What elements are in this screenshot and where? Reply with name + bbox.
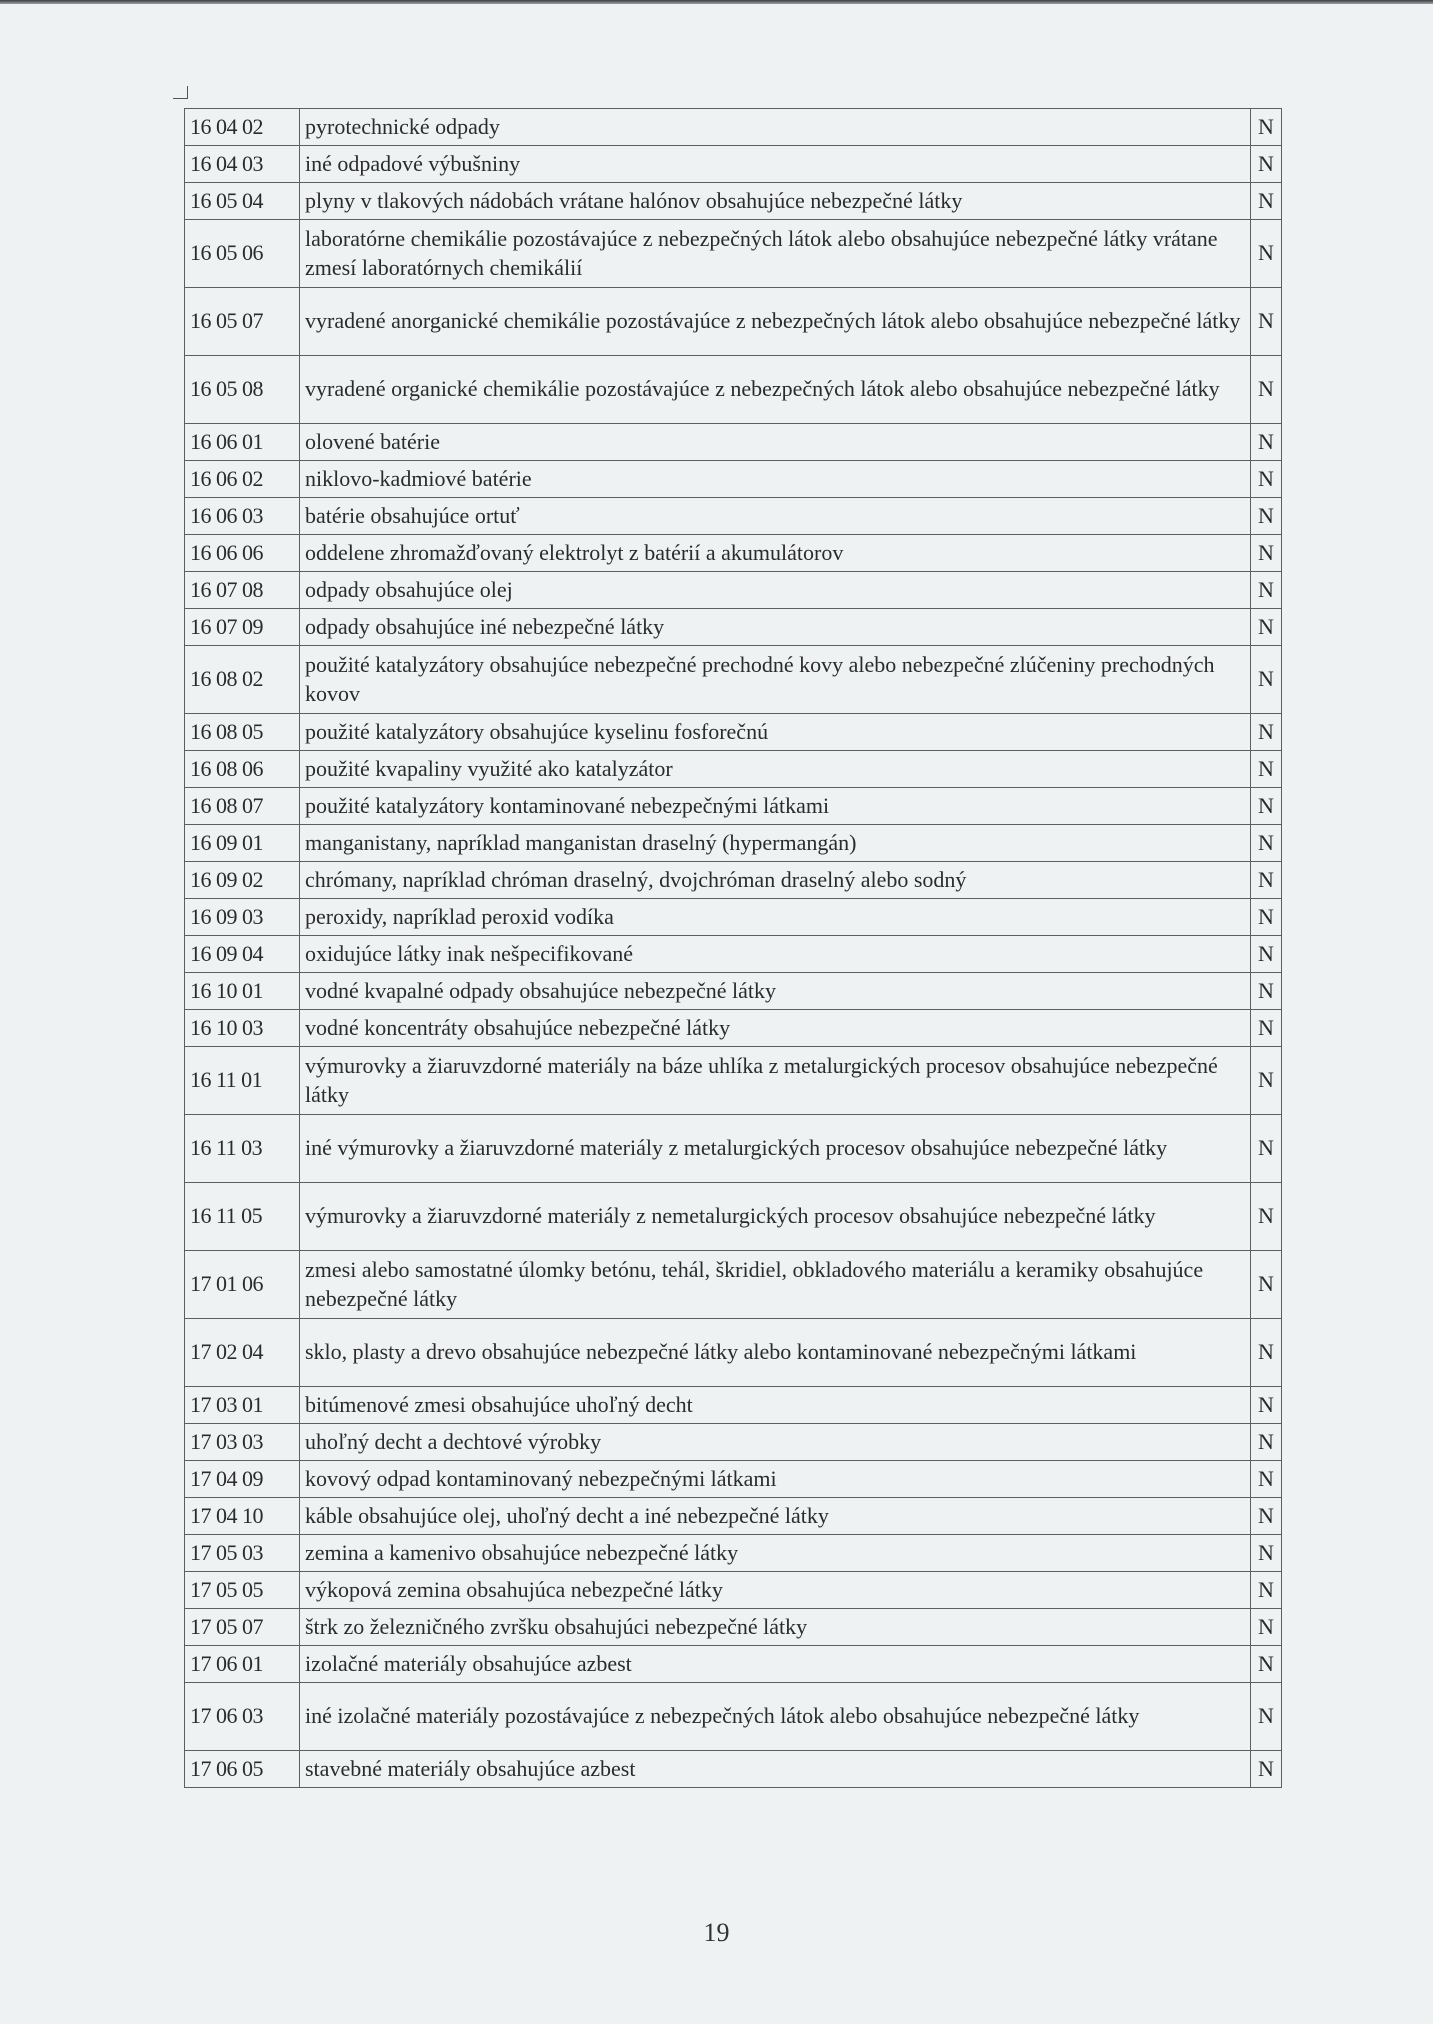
waste-code-cell: 17 03 03	[185, 1424, 300, 1461]
waste-code-cell: 16 08 02	[185, 646, 300, 714]
table-row: 16 08 02použité katalyzátory obsahujúce …	[185, 646, 1282, 714]
waste-code-cell: 16 06 03	[185, 498, 300, 535]
waste-description-cell: zmesi alebo samostatné úlomky betónu, te…	[300, 1251, 1251, 1319]
waste-category-cell: N	[1251, 936, 1282, 973]
waste-code-cell: 16 08 06	[185, 751, 300, 788]
table-row: 16 08 06použité kvapaliny využité ako ka…	[185, 751, 1282, 788]
waste-category-cell: N	[1251, 609, 1282, 646]
waste-code-cell: 16 09 04	[185, 936, 300, 973]
waste-code-cell: 16 10 01	[185, 973, 300, 1010]
table-body: 16 04 02pyrotechnické odpadyN16 04 03iné…	[185, 109, 1282, 1788]
waste-description-cell: použité kvapaliny využité ako katalyzáto…	[300, 751, 1251, 788]
table-row: 16 04 03iné odpadové výbušninyN	[185, 146, 1282, 183]
waste-description-cell: výmurovky a žiaruvzdorné materiály na bá…	[300, 1047, 1251, 1115]
waste-category-cell: N	[1251, 1461, 1282, 1498]
table-row: 17 06 03iné izolačné materiály pozostáva…	[185, 1683, 1282, 1751]
waste-category-cell: N	[1251, 1251, 1282, 1319]
waste-category-cell: N	[1251, 1646, 1282, 1683]
table-row: 17 05 03zemina a kamenivo obsahujúce neb…	[185, 1535, 1282, 1572]
waste-category-cell: N	[1251, 498, 1282, 535]
table-row: 17 01 06zmesi alebo samostatné úlomky be…	[185, 1251, 1282, 1319]
waste-description-cell: uhoľný decht a dechtové výrobky	[300, 1424, 1251, 1461]
waste-category-cell: N	[1251, 572, 1282, 609]
waste-code-cell: 17 02 04	[185, 1319, 300, 1387]
waste-description-cell: izolačné materiály obsahujúce azbest	[300, 1646, 1251, 1683]
table-row: 16 06 01olovené batérieN	[185, 424, 1282, 461]
table-row: 17 03 01bitúmenové zmesi obsahujúce uhoľ…	[185, 1387, 1282, 1424]
waste-category-cell: N	[1251, 183, 1282, 220]
waste-description-cell: stavebné materiály obsahujúce azbest	[300, 1751, 1251, 1788]
table-row: 16 10 01vodné kvapalné odpady obsahujúce…	[185, 973, 1282, 1010]
table-row: 16 11 01výmurovky a žiaruvzdorné materiá…	[185, 1047, 1282, 1115]
table-row: 17 06 01izolačné materiály obsahujúce az…	[185, 1646, 1282, 1683]
waste-category-cell: N	[1251, 1498, 1282, 1535]
waste-description-cell: chrómany, napríklad chróman draselný, dv…	[300, 862, 1251, 899]
waste-category-cell: N	[1251, 356, 1282, 424]
waste-code-cell: 16 05 08	[185, 356, 300, 424]
waste-category-cell: N	[1251, 535, 1282, 572]
waste-code-cell: 16 05 04	[185, 183, 300, 220]
table-row: 17 04 09kovový odpad kontaminovaný nebez…	[185, 1461, 1282, 1498]
waste-category-cell: N	[1251, 1319, 1282, 1387]
waste-description-cell: oxidujúce látky inak nešpecifikované	[300, 936, 1251, 973]
waste-code-cell: 16 04 03	[185, 146, 300, 183]
waste-description-cell: vodné kvapalné odpady obsahujúce nebezpe…	[300, 973, 1251, 1010]
waste-catalogue-table: 16 04 02pyrotechnické odpadyN16 04 03iné…	[184, 108, 1282, 1788]
waste-code-cell: 16 06 06	[185, 535, 300, 572]
waste-description-cell: olovené batérie	[300, 424, 1251, 461]
scan-edge	[0, 0, 1433, 4]
waste-description-cell: káble obsahujúce olej, uhoľný decht a in…	[300, 1498, 1251, 1535]
table-row: 16 09 04oxidujúce látky inak nešpecifiko…	[185, 936, 1282, 973]
waste-code-cell: 17 06 01	[185, 1646, 300, 1683]
waste-description-cell: vyradené organické chemikálie pozostávaj…	[300, 356, 1251, 424]
waste-category-cell: N	[1251, 1535, 1282, 1572]
waste-category-cell: N	[1251, 1387, 1282, 1424]
table-row: 16 05 08vyradené organické chemikálie po…	[185, 356, 1282, 424]
waste-description-cell: iné odpadové výbušniny	[300, 146, 1251, 183]
table-row: 17 06 05stavebné materiály obsahujúce az…	[185, 1751, 1282, 1788]
waste-category-cell: N	[1251, 973, 1282, 1010]
waste-description-cell: odpady obsahujúce olej	[300, 572, 1251, 609]
waste-code-cell: 17 06 03	[185, 1683, 300, 1751]
waste-code-cell: 16 07 08	[185, 572, 300, 609]
waste-category-cell: N	[1251, 1047, 1282, 1115]
table-row: 16 08 07použité katalyzátory kontaminova…	[185, 788, 1282, 825]
waste-code-cell: 16 11 01	[185, 1047, 300, 1115]
waste-category-cell: N	[1251, 1683, 1282, 1751]
waste-description-cell: výmurovky a žiaruvzdorné materiály z nem…	[300, 1183, 1251, 1251]
waste-description-cell: použité katalyzátory kontaminované nebez…	[300, 788, 1251, 825]
table-row: 17 04 10káble obsahujúce olej, uhoľný de…	[185, 1498, 1282, 1535]
waste-code-cell: 16 05 07	[185, 288, 300, 356]
waste-code-cell: 16 11 03	[185, 1115, 300, 1183]
waste-description-cell: použité katalyzátory obsahujúce kyselinu…	[300, 714, 1251, 751]
waste-code-cell: 16 06 02	[185, 461, 300, 498]
table-row: 16 11 03iné výmurovky a žiaruvzdorné mat…	[185, 1115, 1282, 1183]
waste-category-cell: N	[1251, 1115, 1282, 1183]
waste-category-cell: N	[1251, 862, 1282, 899]
waste-code-cell: 17 05 07	[185, 1609, 300, 1646]
waste-description-cell: iné výmurovky a žiaruvzdorné materiály z…	[300, 1115, 1251, 1183]
table-row: 16 09 03peroxidy, napríklad peroxid vodí…	[185, 899, 1282, 936]
waste-description-cell: oddelene zhromažďovaný elektrolyt z baté…	[300, 535, 1251, 572]
waste-code-cell: 16 05 06	[185, 220, 300, 288]
waste-category-cell: N	[1251, 109, 1282, 146]
waste-category-cell: N	[1251, 146, 1282, 183]
waste-description-cell: výkopová zemina obsahujúca nebezpečné lá…	[300, 1572, 1251, 1609]
table-row: 17 05 07štrk zo železničného zvršku obsa…	[185, 1609, 1282, 1646]
waste-category-cell: N	[1251, 1424, 1282, 1461]
table-row: 17 02 04sklo, plasty a drevo obsahujúce …	[185, 1319, 1282, 1387]
waste-code-cell: 17 04 10	[185, 1498, 300, 1535]
waste-description-cell: niklovo-kadmiové batérie	[300, 461, 1251, 498]
waste-code-cell: 16 09 03	[185, 899, 300, 936]
waste-category-cell: N	[1251, 288, 1282, 356]
waste-category-cell: N	[1251, 1183, 1282, 1251]
waste-description-cell: odpady obsahujúce iné nebezpečné látky	[300, 609, 1251, 646]
table-row: 16 08 05použité katalyzátory obsahujúce …	[185, 714, 1282, 751]
table-row: 17 05 05výkopová zemina obsahujúca nebez…	[185, 1572, 1282, 1609]
waste-description-cell: iné izolačné materiály pozostávajúce z n…	[300, 1683, 1251, 1751]
waste-description-cell: sklo, plasty a drevo obsahujúce nebezpeč…	[300, 1319, 1251, 1387]
waste-category-cell: N	[1251, 1572, 1282, 1609]
waste-category-cell: N	[1251, 825, 1282, 862]
waste-code-cell: 16 04 02	[185, 109, 300, 146]
table-row: 16 09 02chrómany, napríklad chróman dras…	[185, 862, 1282, 899]
waste-code-cell: 16 06 01	[185, 424, 300, 461]
waste-category-cell: N	[1251, 751, 1282, 788]
waste-description-cell: bitúmenové zmesi obsahujúce uhoľný decht	[300, 1387, 1251, 1424]
waste-description-cell: vodné koncentráty obsahujúce nebezpečné …	[300, 1010, 1251, 1047]
waste-code-cell: 17 03 01	[185, 1387, 300, 1424]
waste-category-cell: N	[1251, 714, 1282, 751]
waste-code-cell: 16 08 05	[185, 714, 300, 751]
table-row: 16 09 01manganistany, napríklad manganis…	[185, 825, 1282, 862]
waste-code-cell: 16 07 09	[185, 609, 300, 646]
waste-description-cell: použité katalyzátory obsahujúce nebezpeč…	[300, 646, 1251, 714]
table-row: 16 11 05výmurovky a žiaruvzdorné materiá…	[185, 1183, 1282, 1251]
corner-crop-mark	[173, 86, 188, 99]
page-number: 19	[0, 1918, 1433, 1948]
waste-code-cell: 17 04 09	[185, 1461, 300, 1498]
waste-description-cell: manganistany, napríklad manganistan dras…	[300, 825, 1251, 862]
waste-category-cell: N	[1251, 461, 1282, 498]
waste-category-cell: N	[1251, 646, 1282, 714]
waste-category-cell: N	[1251, 220, 1282, 288]
waste-code-cell: 16 08 07	[185, 788, 300, 825]
table-row: 16 06 03batérie obsahujúce ortuťN	[185, 498, 1282, 535]
waste-code-cell: 17 05 05	[185, 1572, 300, 1609]
waste-code-cell: 16 09 01	[185, 825, 300, 862]
waste-description-cell: laboratórne chemikálie pozostávajúce z n…	[300, 220, 1251, 288]
waste-category-cell: N	[1251, 1609, 1282, 1646]
table-row: 16 06 06oddelene zhromažďovaný elektroly…	[185, 535, 1282, 572]
table-row: 16 04 02pyrotechnické odpadyN	[185, 109, 1282, 146]
waste-category-cell: N	[1251, 788, 1282, 825]
table-row: 17 03 03uhoľný decht a dechtové výrobkyN	[185, 1424, 1282, 1461]
table-row: 16 05 06laboratórne chemikálie pozostáva…	[185, 220, 1282, 288]
waste-description-cell: vyradené anorganické chemikálie pozostáv…	[300, 288, 1251, 356]
waste-category-cell: N	[1251, 424, 1282, 461]
waste-description-cell: zemina a kamenivo obsahujúce nebezpečné …	[300, 1535, 1251, 1572]
table-row: 16 05 07vyradené anorganické chemikálie …	[185, 288, 1282, 356]
waste-code-cell: 17 06 05	[185, 1751, 300, 1788]
waste-category-cell: N	[1251, 899, 1282, 936]
waste-code-cell: 16 11 05	[185, 1183, 300, 1251]
waste-code-cell: 17 05 03	[185, 1535, 300, 1572]
waste-description-cell: batérie obsahujúce ortuť	[300, 498, 1251, 535]
waste-description-cell: štrk zo železničného zvršku obsahujúci n…	[300, 1609, 1251, 1646]
table-row: 16 06 02niklovo-kadmiové batérieN	[185, 461, 1282, 498]
waste-category-cell: N	[1251, 1010, 1282, 1047]
table-row: 16 10 03vodné koncentráty obsahujúce neb…	[185, 1010, 1282, 1047]
waste-description-cell: plyny v tlakových nádobách vrátane halón…	[300, 183, 1251, 220]
table-row: 16 07 09odpady obsahujúce iné nebezpečné…	[185, 609, 1282, 646]
table-row: 16 05 04plyny v tlakových nádobách vráta…	[185, 183, 1282, 220]
waste-description-cell: peroxidy, napríklad peroxid vodíka	[300, 899, 1251, 936]
waste-category-cell: N	[1251, 1751, 1282, 1788]
waste-code-cell: 16 09 02	[185, 862, 300, 899]
waste-code-cell: 16 10 03	[185, 1010, 300, 1047]
table-row: 16 07 08odpady obsahujúce olejN	[185, 572, 1282, 609]
waste-description-cell: pyrotechnické odpady	[300, 109, 1251, 146]
waste-description-cell: kovový odpad kontaminovaný nebezpečnými …	[300, 1461, 1251, 1498]
waste-code-cell: 17 01 06	[185, 1251, 300, 1319]
